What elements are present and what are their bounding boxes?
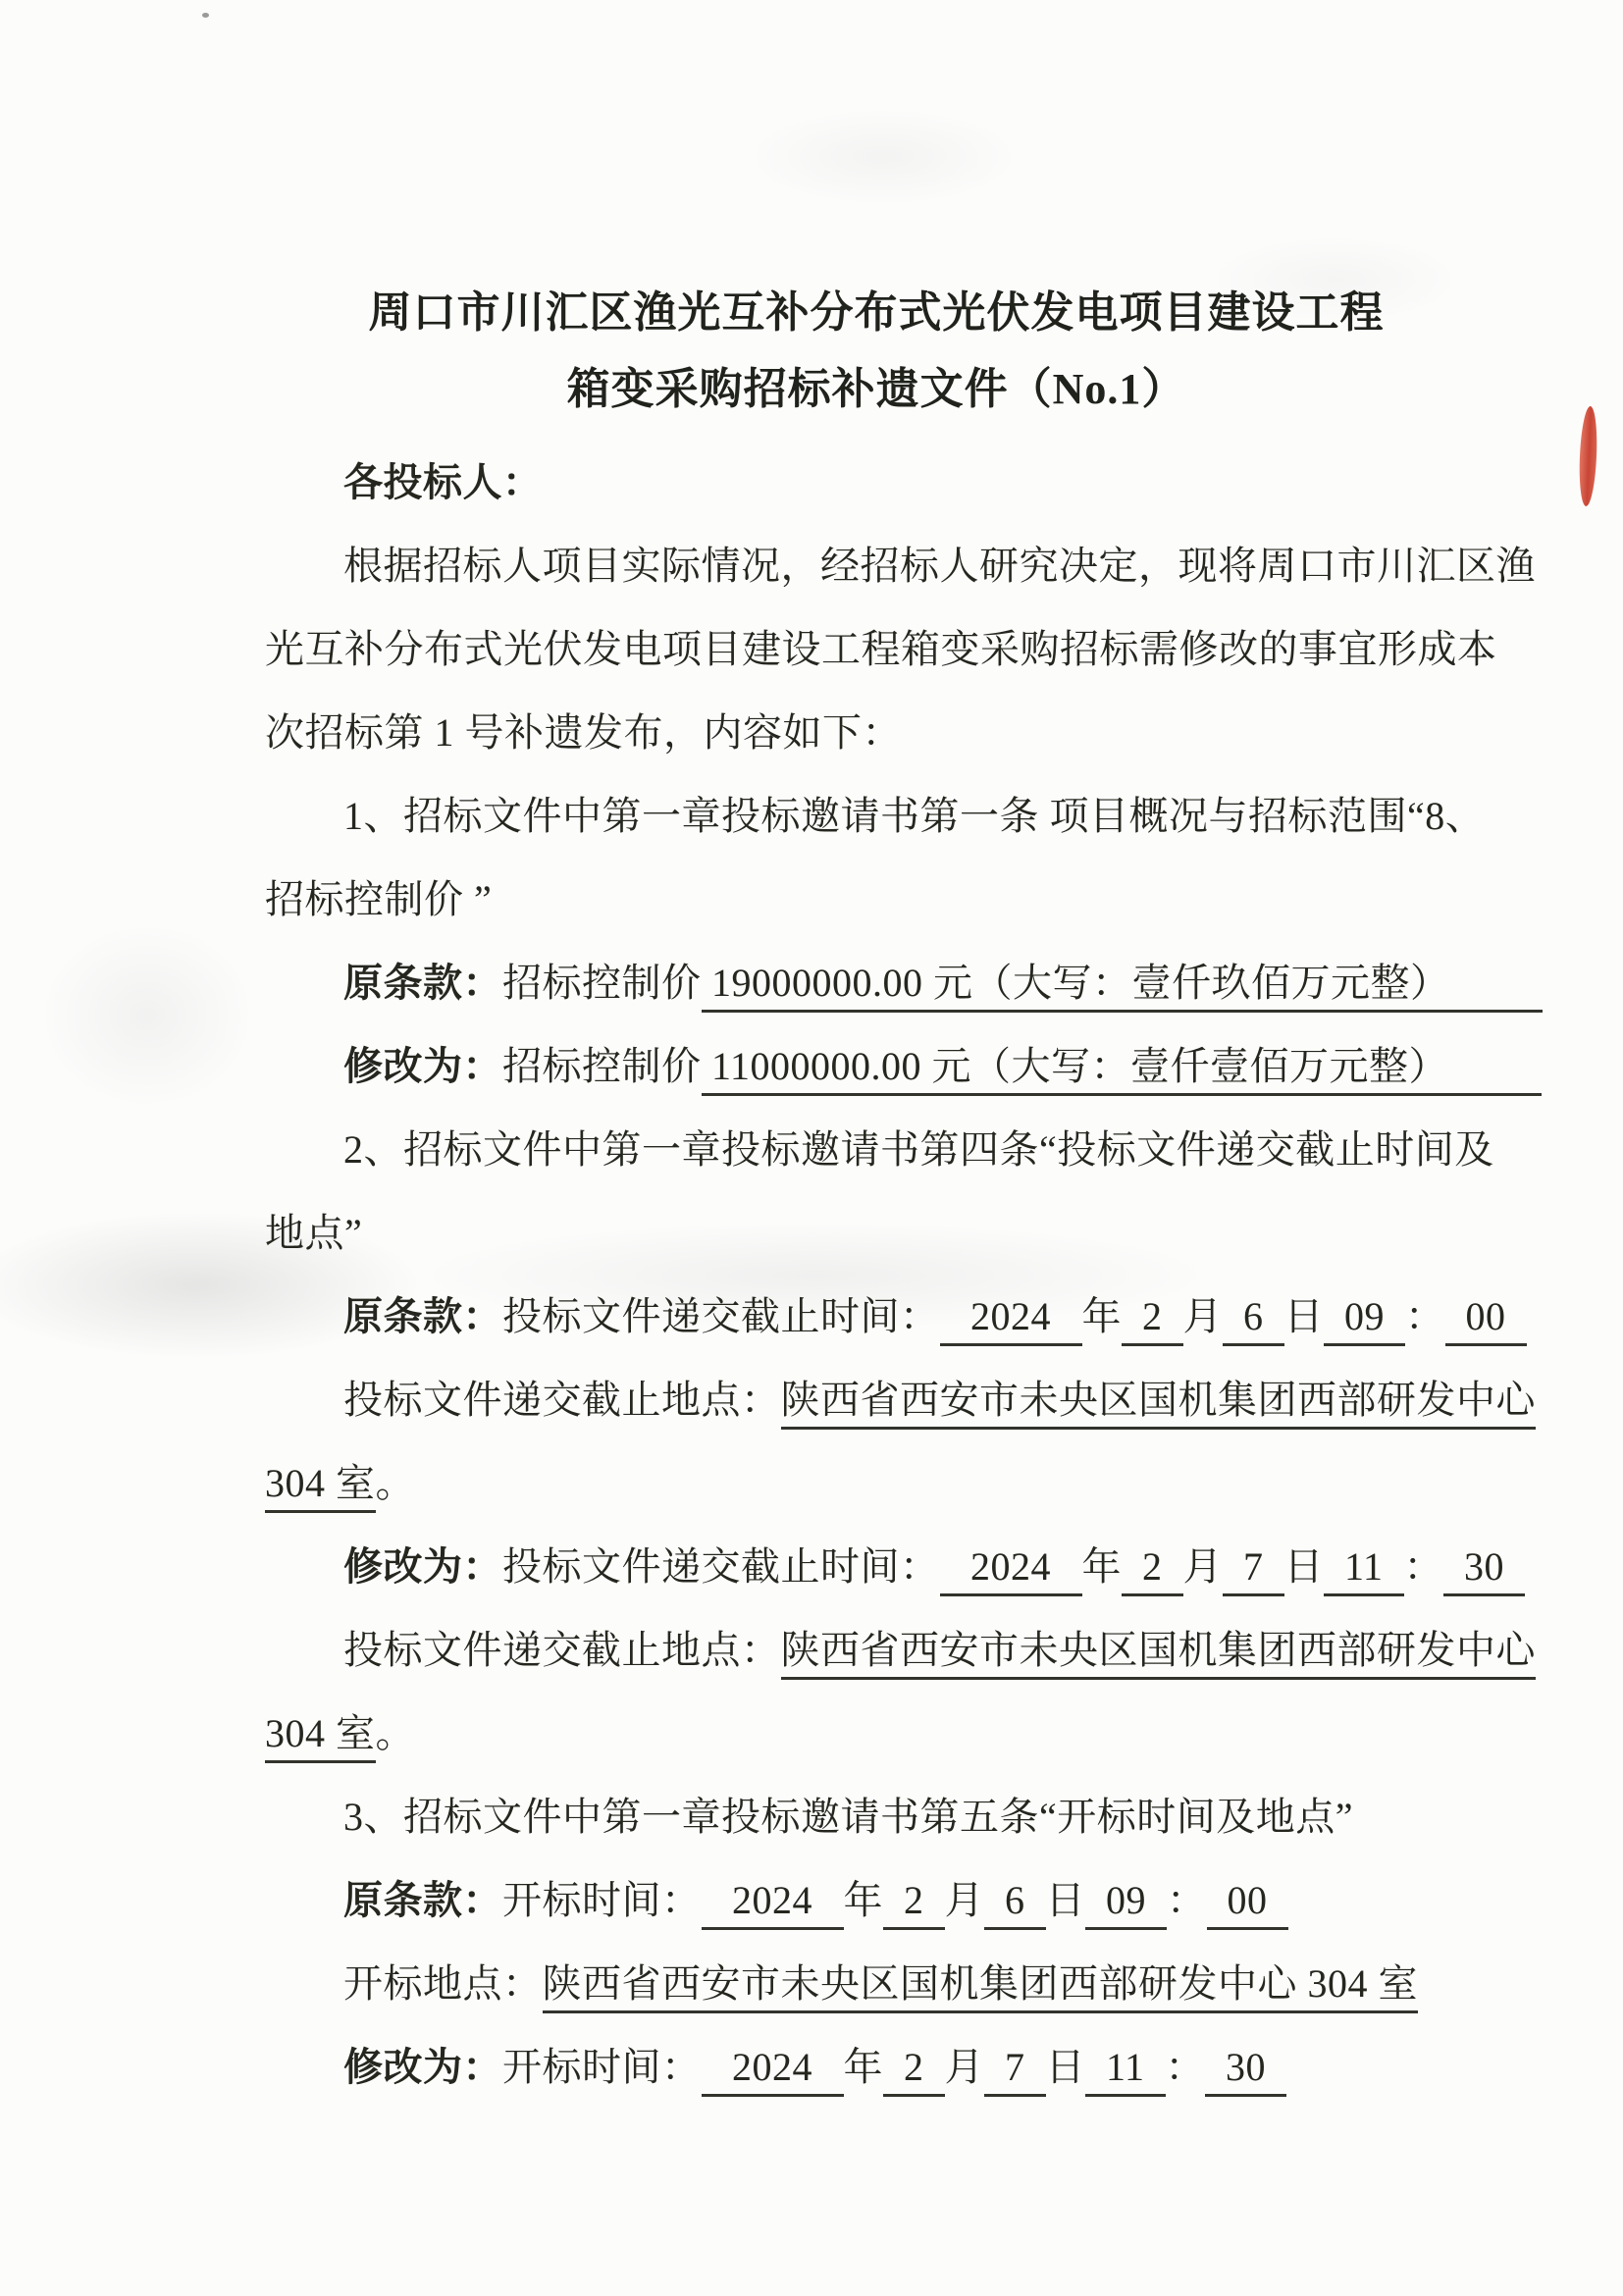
- hour-value: 11: [1085, 2045, 1166, 2097]
- minute-value: 30: [1205, 2045, 1286, 2097]
- unit-month: 月: [945, 2045, 985, 2089]
- day-value: 7: [984, 2045, 1046, 2097]
- unit-day: 日: [1046, 2045, 1086, 2089]
- scan-speck: [202, 13, 209, 18]
- red-seal-edge-mark: [1578, 406, 1598, 507]
- label-revised-clause: 修改为：: [343, 2045, 502, 2089]
- scan-smudge: [746, 108, 1021, 206]
- year-value: 2024: [702, 2045, 844, 2097]
- unit-year: 年: [844, 2045, 884, 2089]
- item-3-revised-opening-time: 修改为：开标时间： 2024 年 2 月 7 日 11 ： 30: [224, 1997, 1578, 2138]
- colon-separator: ：: [1166, 2045, 1206, 2089]
- scan-smudge: [39, 922, 255, 1109]
- title-text: 箱变采购招标补遗文件（No.1）: [567, 365, 1186, 413]
- scanned-document-page: 周口市川汇区渔光互补分布式光伏发电项目建设工程 箱变采购招标补遗文件（No.1）…: [0, 0, 1623, 2296]
- month-value: 2: [883, 2045, 945, 2097]
- field-label: 开标时间：: [502, 2045, 702, 2089]
